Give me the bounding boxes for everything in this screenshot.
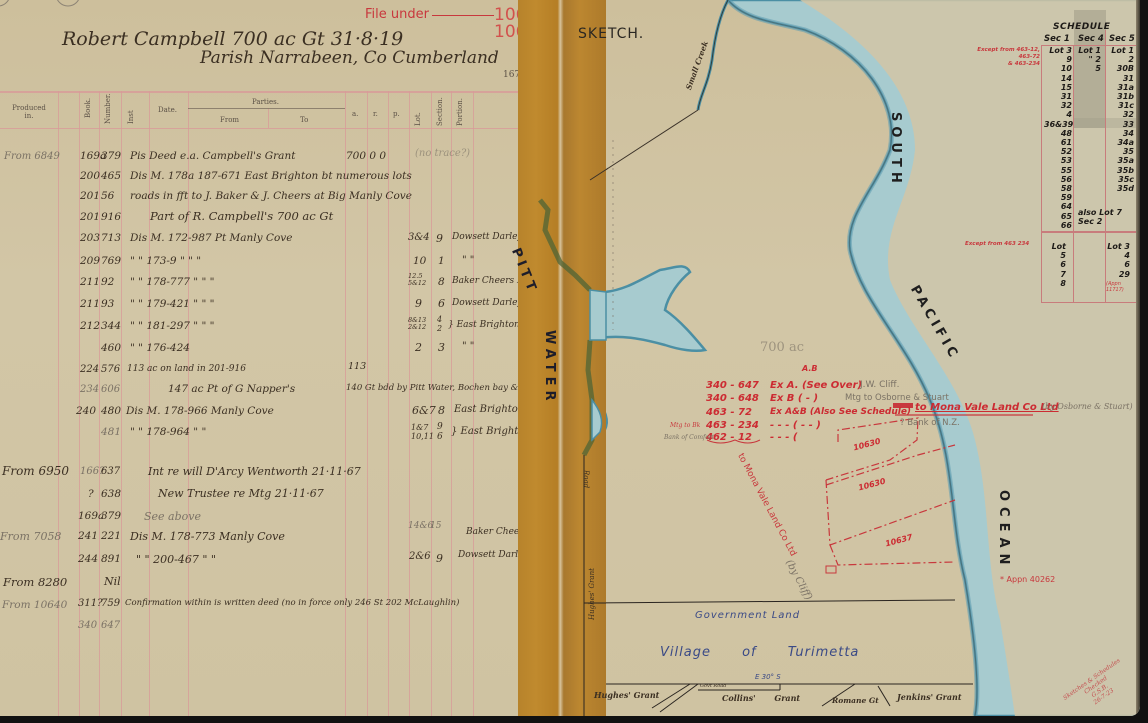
schedule-except-bottom: Except from 463 234	[965, 241, 1029, 247]
village-label: Village of Turimetta	[660, 645, 859, 660]
south-label: SOUTH	[888, 112, 903, 188]
schedule-col-head: Sec 4	[1078, 34, 1104, 44]
transaction-ref: 340 - 647	[706, 380, 759, 391]
schedule-lower-note: (Appn 11717)	[1106, 281, 1140, 293]
sketch-heading: SKETCH.	[578, 26, 644, 42]
government-land-label: Government Land	[695, 610, 800, 621]
schedule-col-head: Sec 1	[1044, 34, 1070, 44]
conveyance-note: (by Osborne & Stuart)	[1042, 402, 1133, 411]
schedule-lower-col-3: Lot 34629	[1106, 242, 1130, 279]
transaction-desc: - - - (	[770, 432, 797, 443]
transaction-desc: Ex B ( - )	[770, 393, 818, 404]
conveyance-to: to Mona Vale Land Co Ltd	[915, 402, 1059, 413]
left-note-2: Bank of Comfort	[664, 434, 714, 441]
document-sheet: Robert Campbell 700 ac Gt 31·8·19 Parish…	[0, 0, 1140, 716]
schedule-title: SCHEDULE	[1053, 22, 1110, 32]
ocean-label: OCEAN	[996, 490, 1011, 570]
grant-label-vertical: Hughes' Grant	[588, 568, 596, 620]
grant-collins: Collins' Grant	[722, 693, 800, 703]
schedule-lower-col-1: Lot 5678	[1044, 242, 1066, 288]
transaction-pencil: ? Bank of N.Z.	[900, 418, 960, 428]
schedule-also-lot: also Lot 7 Sec 2	[1078, 208, 1140, 226]
transaction-ref: 463 - 234	[706, 420, 759, 431]
transaction-desc: Ex A&B (Also See Schedule)	[770, 407, 911, 417]
bearing-label: E 30° S	[755, 673, 781, 681]
left-note-1: Mtg to Bk	[670, 422, 700, 429]
transaction-desc: Ex A. (See Over)	[770, 380, 862, 391]
appn-number: * Appn 40262	[1000, 575, 1055, 584]
transaction-desc: - - - ( - - )	[770, 420, 821, 431]
pittwater-label-2: WATER	[542, 330, 557, 406]
area-note: 700 ac	[760, 340, 804, 355]
govt-road-label: Govt Road	[700, 683, 726, 689]
schedule-col-4: Lot 1" 25	[1075, 46, 1101, 74]
grant-jenkins: Jenkins' Grant	[897, 692, 962, 702]
ab-mark: A.B	[802, 364, 817, 373]
schedule-col-5: Lot 1230B3131a31b31c32333434a3535a35b35c…	[1106, 46, 1134, 193]
schedule-except-top: Except from 463-12, 463-72 & 463-234	[968, 47, 1040, 68]
transaction-ref: 340 - 648	[706, 393, 759, 404]
grant-romane: Romane Gt	[832, 696, 879, 705]
grant-hughes: Hughes' Grant	[594, 690, 659, 700]
schedule-col-1: Lot 391014153132436&39486152535556585964…	[1044, 46, 1072, 230]
transaction-pencil: J.W. Cliff.	[860, 380, 899, 390]
transaction-ref: 463 - 72	[706, 407, 752, 418]
road-label-vertical: Road	[582, 470, 590, 488]
schedule-col-head: Sec 5	[1109, 34, 1135, 44]
